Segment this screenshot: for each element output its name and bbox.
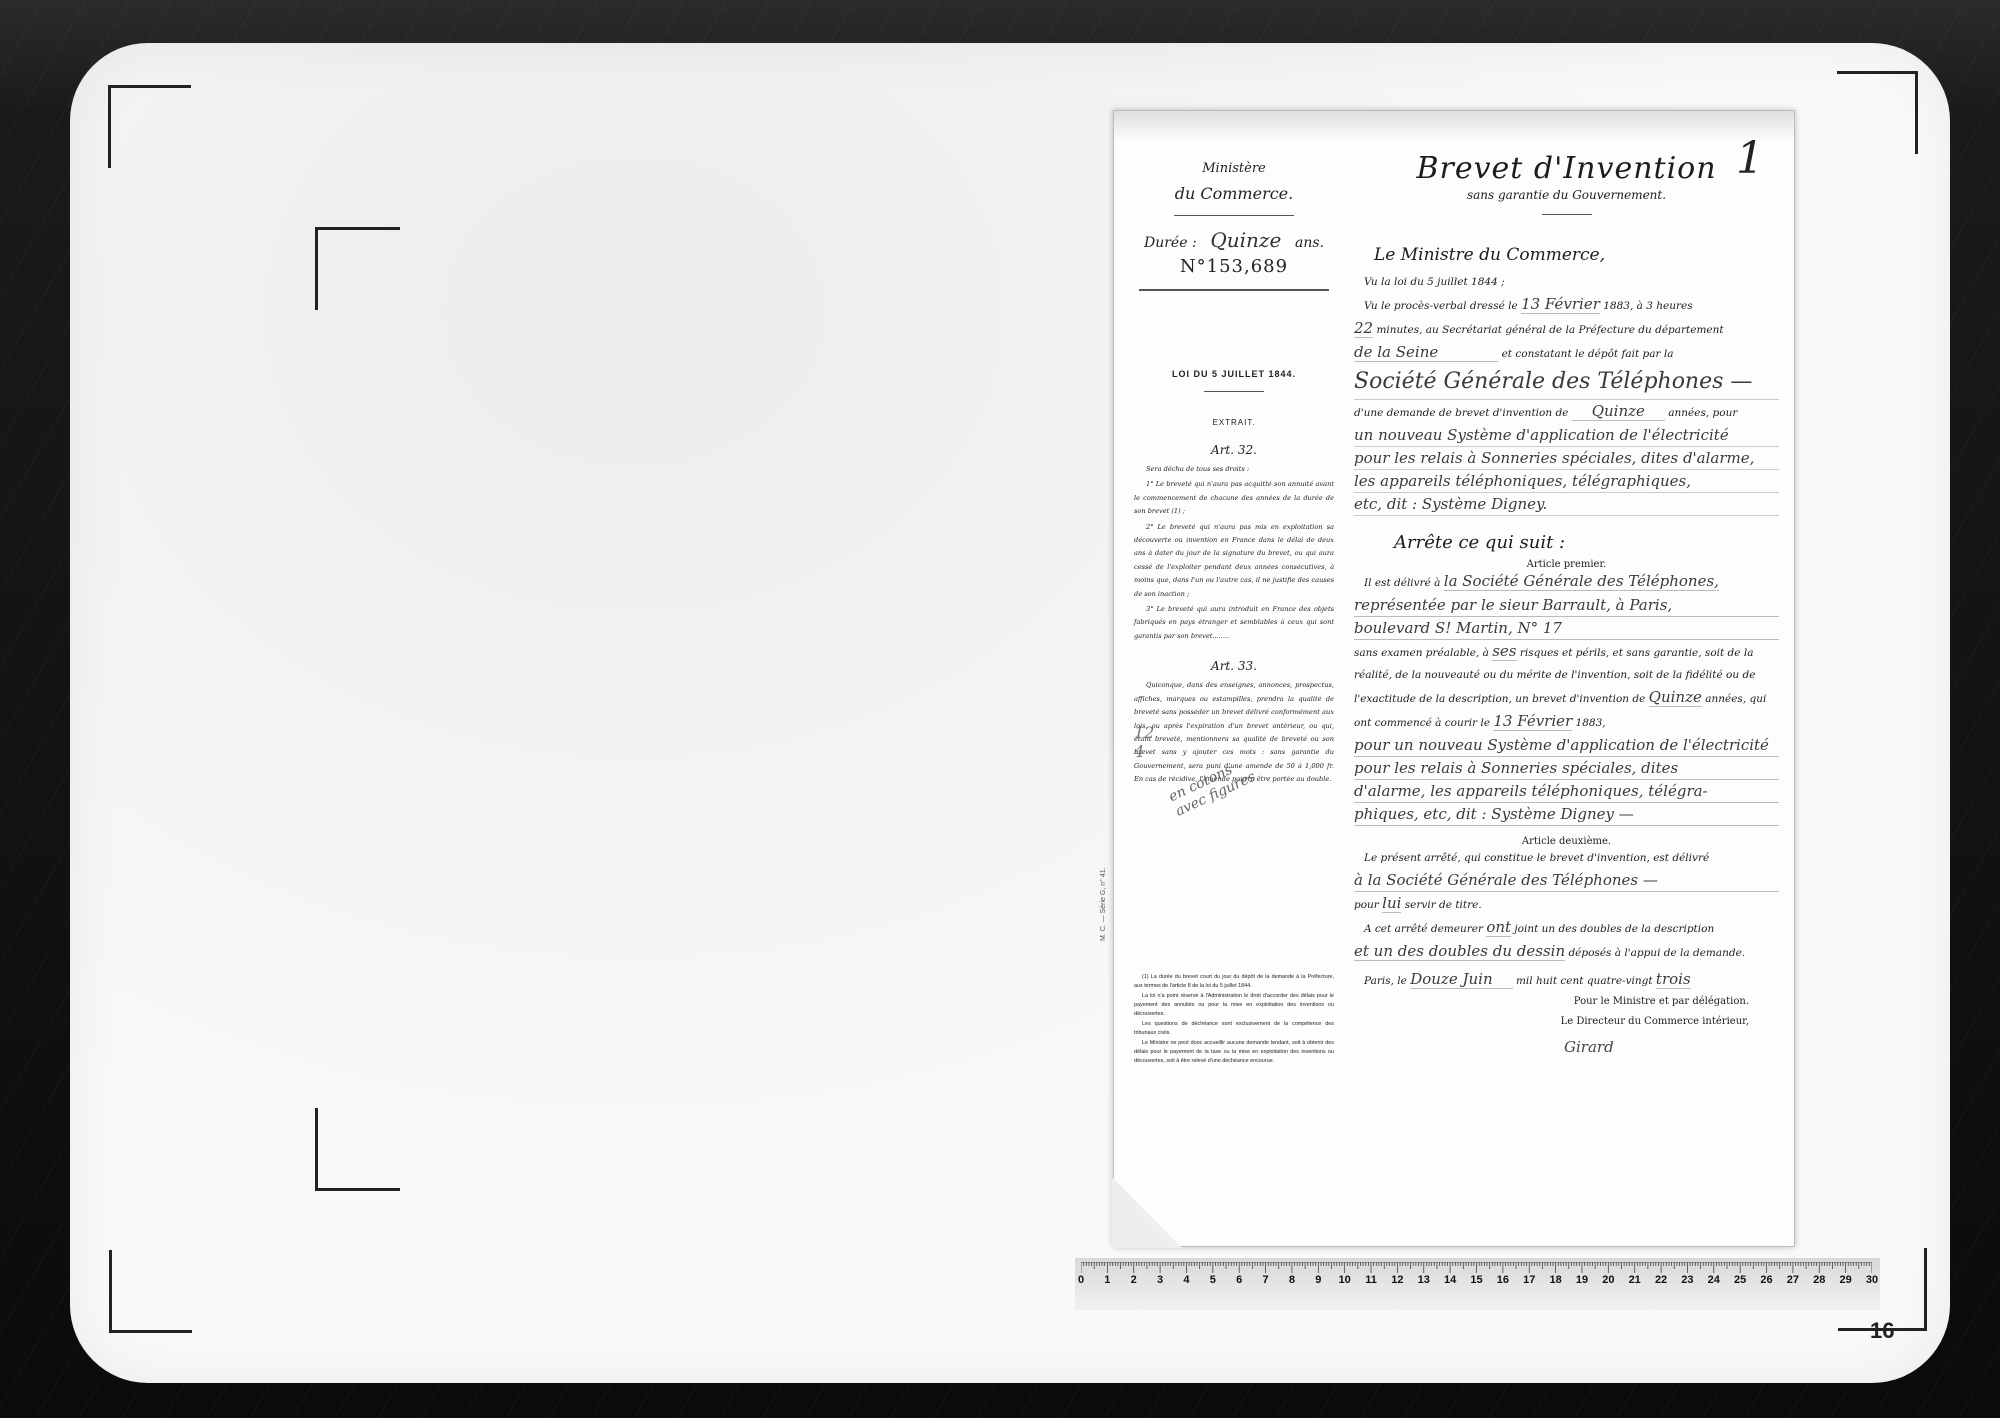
duree-field: Durée : Quinze ans. xyxy=(1134,228,1334,252)
handwritten-departement: de la Seine xyxy=(1354,343,1498,362)
ruler-label: 14 xyxy=(1444,1274,1456,1286)
document-title: Brevet d'Invention xyxy=(1354,151,1779,186)
law-heading: LOI DU 5 JUILLET 1844. xyxy=(1134,369,1334,379)
divider xyxy=(1204,391,1264,392)
art32-text: Sera déchu de tous ses droits : 1° Le br… xyxy=(1134,463,1334,643)
handwritten-drawing-note: et un des doubles du dessin xyxy=(1354,942,1565,961)
ruler-label: 4 xyxy=(1183,1274,1189,1286)
article1-heading: Article premier. xyxy=(1354,559,1779,570)
crop-mark-inner-bottom-left xyxy=(315,1108,400,1191)
text: Il est délivré à xyxy=(1364,577,1440,589)
ruler-label: 24 xyxy=(1708,1274,1720,1286)
ruler-label: 7 xyxy=(1263,1274,1269,1286)
handwritten-object-line: phiques, etc, dit : Système Digney — xyxy=(1354,803,1779,826)
handwritten-object-line: pour un nouveau Système d'application de… xyxy=(1354,734,1779,757)
divider xyxy=(1139,289,1329,291)
ruler-label: 27 xyxy=(1787,1274,1799,1286)
handwritten-beneficiary: la Société Générale des Téléphones, xyxy=(1444,572,1719,591)
ruler-label: 23 xyxy=(1681,1274,1693,1286)
ruler-label: 2 xyxy=(1131,1274,1137,1286)
handwritten-representative: représentée par le sieur Barrault, à Par… xyxy=(1354,594,1779,617)
handwritten-applicant: Société Générale des Téléphones — xyxy=(1354,365,1779,400)
handwritten-minutes: 22 xyxy=(1354,319,1373,338)
article2-title-line: pour lui servir de titre. xyxy=(1354,892,1779,916)
document-subtitle: sans garantie du Gouvernement. xyxy=(1354,188,1779,202)
preamble: Vu la loi du 5 juillet 1844 ; Vu le proc… xyxy=(1354,271,1779,516)
certificate-body: Brevet d'Invention sans garantie du Gouv… xyxy=(1354,151,1779,1056)
signature: Girard xyxy=(1564,1038,1779,1056)
ruler-label: 25 xyxy=(1734,1274,1746,1286)
text: Vu le procès-verbal dressé le xyxy=(1364,300,1518,312)
ruler-label: 26 xyxy=(1760,1274,1772,1286)
handwritten-word: lui xyxy=(1382,894,1401,913)
crop-mark-top-right xyxy=(1837,71,1918,154)
footnote: La loi n'a point réservé à l'Administrat… xyxy=(1134,992,1334,1019)
handwritten-pv-date: 13 Février xyxy=(1521,295,1600,314)
left-column: Ministère du Commerce. Durée : Quinze an… xyxy=(1134,161,1334,789)
patent-number: N°153,689 xyxy=(1134,256,1334,277)
text: mil huit cent quatre-vingt xyxy=(1516,975,1653,987)
ruler-label: 9 xyxy=(1315,1274,1321,1286)
text: d'une demande de brevet d'invention de xyxy=(1354,407,1568,419)
arrete-heading: Arrête ce qui suit : xyxy=(1394,532,1779,553)
handwritten-object-line: un nouveau Système d'application de l'él… xyxy=(1354,424,1779,447)
text: années, pour xyxy=(1668,407,1737,419)
text: 1883, xyxy=(1576,717,1606,729)
handwritten-owner: ses xyxy=(1492,642,1516,661)
handwritten-object-line: les appareils téléphoniques, télégraphiq… xyxy=(1354,470,1779,493)
article2-text: Le présent arrêté, qui constitue le brev… xyxy=(1354,847,1779,869)
crop-mark-inner-top-left xyxy=(315,227,400,310)
handwritten-duration: Quinze xyxy=(1649,688,1702,707)
footnotes: (1) La durée du brevet court du jour du … xyxy=(1134,973,1334,1067)
minister-heading: Le Ministre du Commerce, xyxy=(1374,245,1779,265)
ruler-label: 29 xyxy=(1840,1274,1852,1286)
scale-ruler: 0123456789101112131415161718192021222324… xyxy=(1075,1258,1880,1310)
text: minutes, au Secrétariat général de la Pr… xyxy=(1376,324,1723,336)
ruler-labels: 0123456789101112131415161718192021222324… xyxy=(1081,1274,1872,1290)
duree-value: Quinze xyxy=(1210,228,1281,252)
ruler-label: 8 xyxy=(1289,1274,1295,1286)
article2-body: Le présent arrêté, qui constitue le brev… xyxy=(1354,847,1779,992)
article2-heading: Article deuxième. xyxy=(1354,836,1779,847)
handwritten-duration: Quinze xyxy=(1572,402,1665,421)
duree-unit: ans. xyxy=(1295,235,1324,251)
crop-mark-top-left xyxy=(108,85,191,168)
duree-label: Durée : xyxy=(1144,235,1197,251)
handwritten-object-line: etc, dit : Système Digney. xyxy=(1354,493,1779,516)
handwritten-start-date: 13 Février xyxy=(1493,712,1572,731)
folded-corner xyxy=(1112,1177,1182,1248)
law-paragraph: 3° Le breveté qui aura introduit en Fran… xyxy=(1134,603,1334,643)
ministere-label: Ministère xyxy=(1134,161,1334,176)
signoff-line: Le Directeur du Commerce intérieur, xyxy=(1354,1012,1749,1032)
ruler-ticks xyxy=(1081,1262,1872,1274)
text: Paris, le xyxy=(1364,975,1407,987)
ruler-label: 10 xyxy=(1339,1274,1351,1286)
demande-line: d'une demande de brevet d'invention de Q… xyxy=(1354,400,1779,424)
footnote: Les questions de déchéance sont exclusiv… xyxy=(1134,1020,1334,1038)
text: un des doubles de la description xyxy=(1542,923,1715,935)
text: déposés à l'appui de la demande. xyxy=(1568,947,1745,959)
text: 1883, à 3 heures xyxy=(1603,300,1692,312)
text: pour xyxy=(1354,899,1379,911)
handwritten-address: boulevard S! Martin, N° 17 xyxy=(1354,617,1779,640)
ruler-label: 30 xyxy=(1866,1274,1878,1286)
ruler-label: 15 xyxy=(1470,1274,1482,1286)
ruler-label: 5 xyxy=(1210,1274,1216,1286)
extract-label: EXTRAIT. xyxy=(1134,418,1334,427)
ruler-label: 19 xyxy=(1576,1274,1588,1286)
handwritten-object-line: d'alarme, les appareils téléphoniques, t… xyxy=(1354,780,1779,803)
divider xyxy=(1174,215,1294,216)
text: A cet arrêté demeurer xyxy=(1364,923,1483,935)
vu-loi: Vu la loi du 5 juillet 1844 ; xyxy=(1354,271,1779,293)
text: joint xyxy=(1514,923,1538,935)
patent-document-sheet: 1 Ministère du Commerce. Durée : Quinze … xyxy=(1113,110,1795,1247)
crop-mark-bottom-left xyxy=(109,1250,192,1333)
divider xyxy=(1542,214,1592,215)
form-reference: M. C. — Série G, n° 41. xyxy=(1100,867,1107,941)
article1-body: Il est délivré à la Société Générale des… xyxy=(1354,570,1779,826)
article1-line: Il est délivré à la Société Générale des… xyxy=(1354,570,1779,594)
art32-heading: Art. 32. xyxy=(1134,443,1334,457)
art33-heading: Art. 33. xyxy=(1134,659,1334,673)
signoff-line: Pour le Ministre et par délégation. xyxy=(1354,992,1749,1012)
ruler-label: 21 xyxy=(1629,1274,1641,1286)
footnote: Le Ministre ne peut donc accueillir aucu… xyxy=(1134,1039,1334,1066)
handwritten-object-line: pour les relais à Sonneries spéciales, d… xyxy=(1354,757,1779,780)
ruler-label: 3 xyxy=(1157,1274,1163,1286)
ruler-label: 12 xyxy=(1391,1274,1403,1286)
ruler-label: 0 xyxy=(1078,1274,1084,1286)
ruler-label: 1 xyxy=(1104,1274,1110,1286)
law-paragraph: 2° Le breveté qui n'aura pas mis en expl… xyxy=(1134,521,1334,601)
handwritten-date: Douze Juin xyxy=(1410,970,1512,989)
frame-number: 16 xyxy=(1870,1318,1894,1344)
pv-minutes-line: 22 minutes, au Secrétariat général de la… xyxy=(1354,317,1779,341)
article1-paragraph: sans examen préalable, à ses risques et … xyxy=(1354,640,1779,734)
article2-annex-line: A cet arrêté demeurer ont joint un des d… xyxy=(1354,916,1779,940)
signoff: Pour le Ministre et par délégation. Le D… xyxy=(1354,992,1749,1032)
ruler-label: 28 xyxy=(1813,1274,1825,1286)
ruler-label: 16 xyxy=(1497,1274,1509,1286)
ruler-label: 22 xyxy=(1655,1274,1667,1286)
ruler-label: 6 xyxy=(1236,1274,1242,1286)
date-line: Paris, le Douze Juin mil huit cent quatr… xyxy=(1354,968,1779,992)
ruler-label: 20 xyxy=(1602,1274,1614,1286)
handwritten-word: ont xyxy=(1486,918,1511,937)
ruler-label: 13 xyxy=(1418,1274,1430,1286)
footnote: (1) La durée du brevet court du jour du … xyxy=(1134,973,1334,991)
article2-drawing-line: et un des doubles du dessin déposés à l'… xyxy=(1354,940,1779,964)
margin-handwritten-number: 12 4 xyxy=(1134,723,1154,761)
ruler-label: 17 xyxy=(1523,1274,1535,1286)
handwritten-object-line: pour les relais à Sonneries spéciales, d… xyxy=(1354,447,1779,470)
vu-proces-verbal: Vu le procès-verbal dressé le 13 Février… xyxy=(1354,293,1779,317)
text: et constatant le dépôt fait par la xyxy=(1502,348,1674,360)
handwritten-beneficiary: à la Société Générale des Téléphones — xyxy=(1354,869,1779,892)
law-paragraph: 1° Le breveté qui n'aura pas acquitté so… xyxy=(1134,478,1334,518)
ruler-label: 11 xyxy=(1365,1274,1377,1286)
handwritten-year: trois xyxy=(1656,970,1691,989)
ministere-name: du Commerce. xyxy=(1134,184,1334,203)
departement-line: de la Seine et constatant le dépôt fait … xyxy=(1354,341,1779,365)
text: servir de titre. xyxy=(1405,899,1482,911)
text: sans examen préalable, à xyxy=(1354,647,1489,659)
law-paragraph: Sera déchu de tous ses droits : xyxy=(1134,463,1334,476)
ruler-label: 18 xyxy=(1549,1274,1561,1286)
